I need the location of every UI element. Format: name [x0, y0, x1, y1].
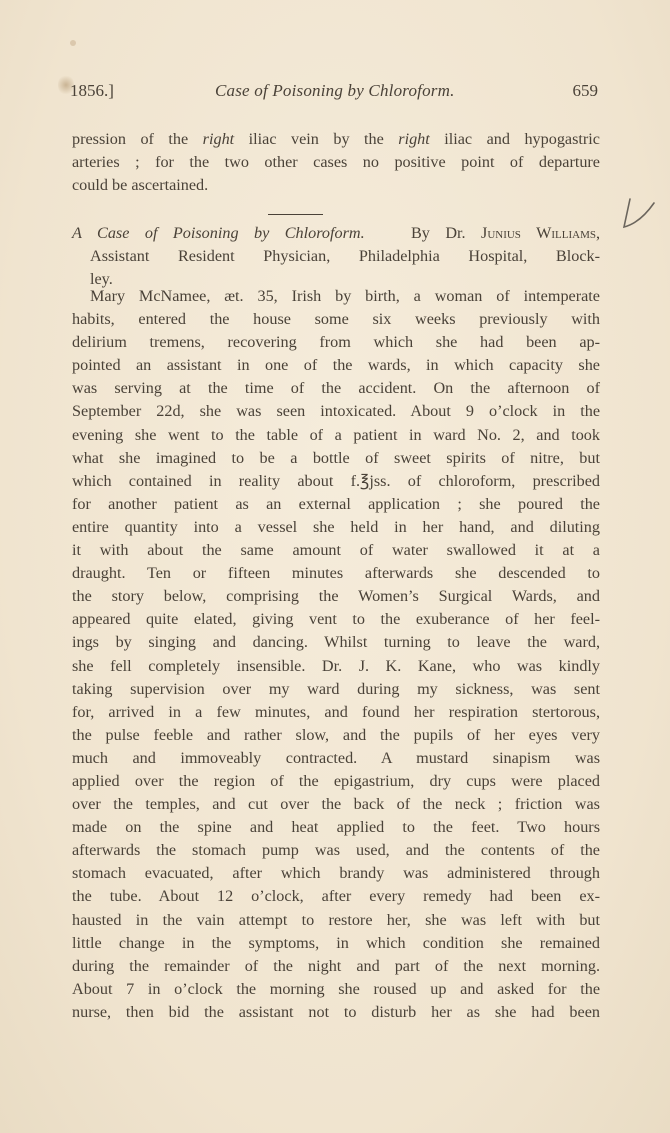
text-line: delirium tremens, recovering from which …: [72, 331, 600, 354]
text-line: habits, entered the house some six weeks…: [72, 308, 600, 331]
text-line: over the temples, and cut over the back …: [72, 793, 600, 816]
text-line: Mary McNamee, æt. 35, Irish by birth, a …: [72, 285, 600, 308]
byline-prefix: By Dr.: [411, 224, 481, 242]
text-line: it with about the same amount of water s…: [72, 539, 600, 562]
text-line: for another patient as an external appli…: [72, 493, 600, 516]
text-line: the pulse feeble and rather slow, and th…: [72, 724, 600, 747]
article-title: A Case of Poisoning by Chloroform.: [72, 224, 365, 242]
text-line: during the remainder of the night and pa…: [72, 955, 600, 978]
pencil-margin-mark-icon: [620, 193, 660, 243]
page-number: 659: [573, 81, 599, 101]
text-line: the tube. About 12 o’clock, after every …: [72, 885, 600, 908]
author-affiliation: Assistant Resident Physician, Philadelph…: [72, 245, 600, 268]
text-line: nurse, then bid the assistant not to dis…: [72, 1001, 600, 1024]
text-line: About 7 in o’clock the morning she rouse…: [72, 978, 600, 1001]
text-line: pointed an assistant in one of the wards…: [72, 354, 600, 377]
body-paragraph: Mary McNamee, æt. 35, Irish by birth, a …: [72, 285, 600, 1024]
text-line: little change in the symptoms, in which …: [72, 932, 600, 955]
text-line: was serving at the time of the accident.…: [72, 377, 600, 400]
article-heading: A Case of Poisoning by Chloroform. By Dr…: [72, 222, 600, 291]
text-line: made on the spine and heat applied to th…: [72, 816, 600, 839]
text-line: hausted in the vain attempt to restore h…: [72, 909, 600, 932]
text-line: which contained in reality about f.℥jss.…: [72, 470, 600, 493]
text-line: appeared quite elated, giving vent to th…: [72, 608, 600, 631]
text-line: the story below, comprising the Women’s …: [72, 585, 600, 608]
author-name: Junius Williams,: [481, 224, 600, 242]
text-line: arteries ; for the two other cases no po…: [72, 151, 600, 174]
text-line: evening she went to the table of a patie…: [72, 424, 600, 447]
page-speck: [70, 40, 76, 46]
text-line: September 22d, she was seen intoxicated.…: [72, 400, 600, 423]
text-line: afterwards the stomach pump was used, an…: [72, 839, 600, 862]
text-line: applied over the region of the epigastri…: [72, 770, 600, 793]
running-head-year: 1856.]: [70, 81, 114, 101]
text-line: ings by singing and dancing. Whilst turn…: [72, 631, 600, 654]
text-line: what she imagined to be a bottle of swee…: [72, 447, 600, 470]
text-line: for, arrived in a few minutes, and found…: [72, 701, 600, 724]
text-line: pression of the right iliac vein by the …: [72, 128, 600, 151]
text-line: entire quantity into a vessel she held i…: [72, 516, 600, 539]
text-line: draught. Ten or fifteen minutes afterwar…: [72, 562, 600, 585]
running-head-title: Case of Poisoning by Chloroform.: [215, 81, 455, 101]
text-line: stomach evacuated, after which brandy wa…: [72, 862, 600, 885]
continuation-paragraph: pression of the right iliac vein by the …: [72, 128, 600, 197]
section-divider: [268, 214, 323, 215]
text-line: she fell completely insensible. Dr. J. K…: [72, 655, 600, 678]
running-head: 1856.] Case of Poisoning by Chloroform. …: [70, 81, 598, 105]
text-line: could be ascertained.: [72, 174, 600, 197]
text-line: much and immoveably contracted. A mustar…: [72, 747, 600, 770]
text-line: taking supervision over my ward during m…: [72, 678, 600, 701]
